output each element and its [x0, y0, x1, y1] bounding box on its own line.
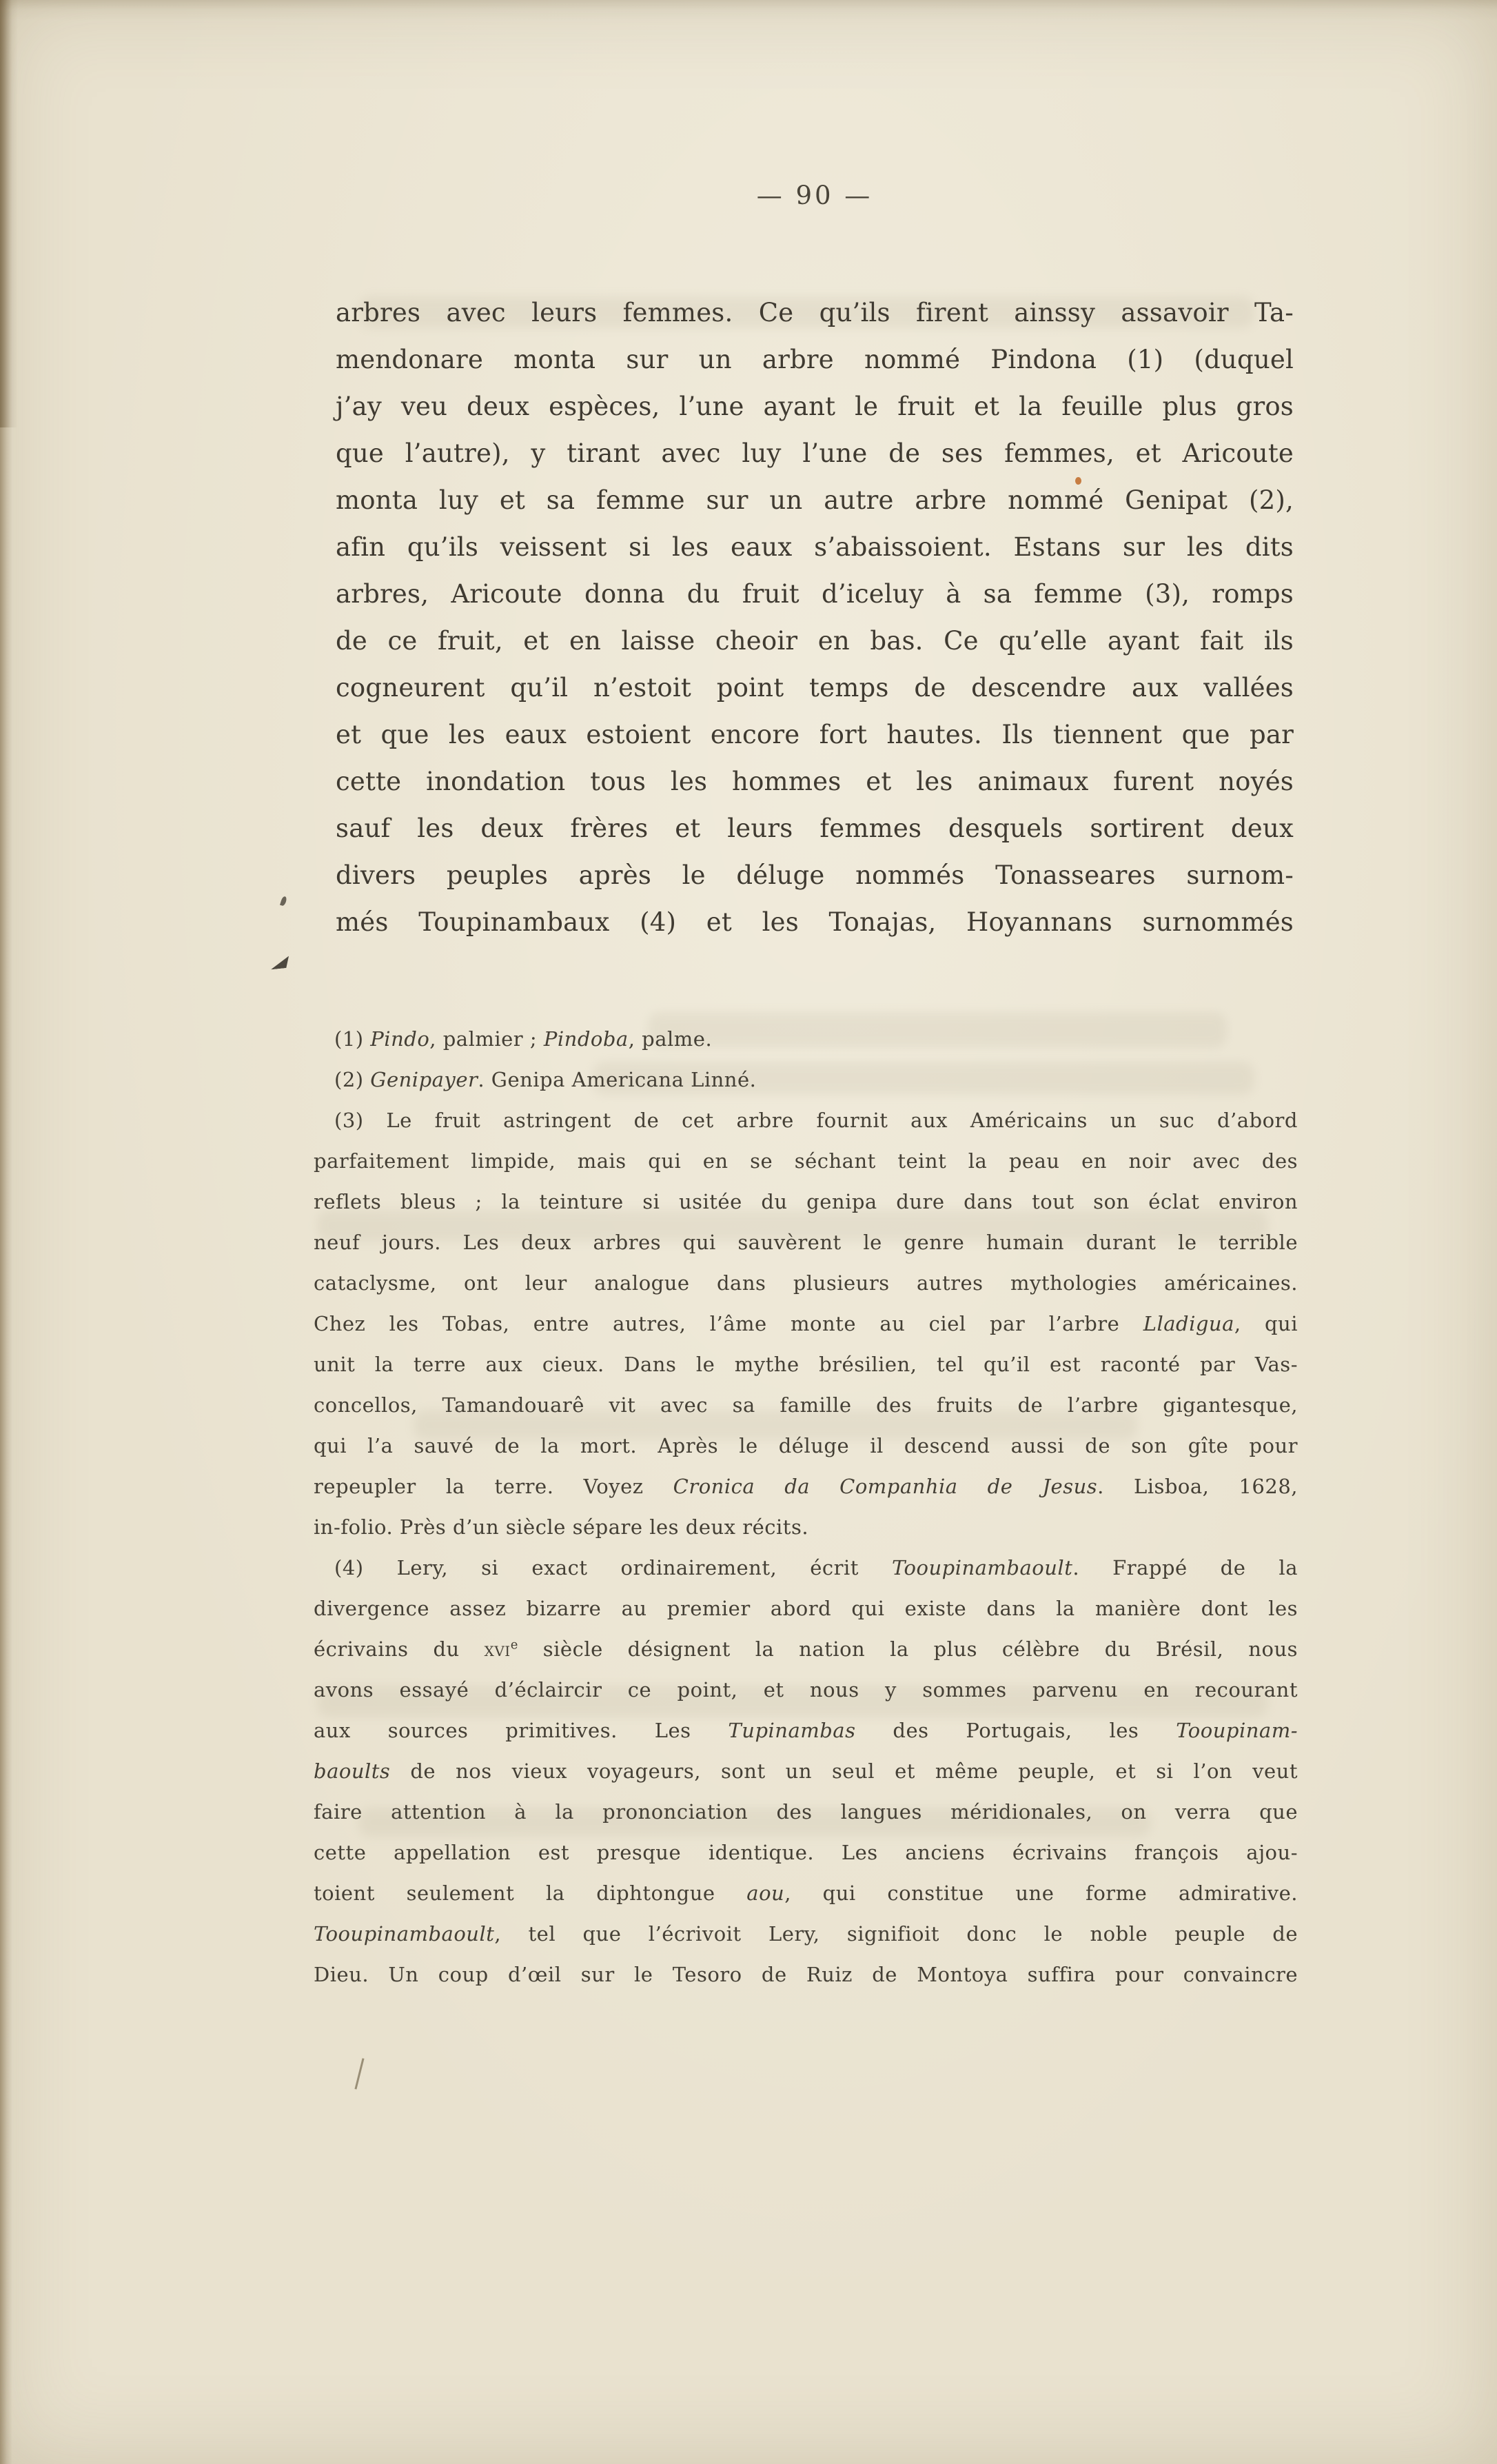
stray-ink-tick	[280, 896, 287, 906]
text-line: sauf les deux frères et leurs femmes des…	[336, 805, 1294, 852]
text-line: (3) Le fruit astringent de cet arbre fou…	[314, 1100, 1298, 1141]
text-line: in-folio. Près d’un siècle sépare les de…	[314, 1507, 1298, 1548]
footnote-3: (3) Le fruit astringent de cet arbre fou…	[314, 1100, 1298, 1548]
text-line: neuf jours. Les deux arbres qui sauvèren…	[314, 1222, 1298, 1263]
footnote-4: (4) Lery, si exact ordinairement, écrit …	[314, 1548, 1298, 1995]
text-line: cette appellation est presque identique.…	[314, 1832, 1298, 1873]
text-line: arbres, Aricoute donna du fruit d’iceluy…	[336, 571, 1294, 618]
text-line: cataclysme, ont leur analogue dans plusi…	[314, 1263, 1298, 1304]
text-line: aux sources primitives. Les Tupinambas d…	[314, 1710, 1298, 1751]
text-line: baoults de nos vieux voyageurs, sont un …	[314, 1751, 1298, 1792]
page-edge-shading-top	[0, 0, 18, 427]
main-paragraph: arbres avec leurs femmes. Ce qu’ils fire…	[336, 290, 1294, 946]
text-line: més Toupinambaux (4) et les Tonajas, Hoy…	[336, 899, 1294, 946]
text-line: divers peuples après le déluge nommés To…	[336, 852, 1294, 899]
text-line: avons essayé d’éclaircir ce point, et no…	[314, 1670, 1298, 1710]
text-line: parfaitement limpide, mais qui en se séc…	[314, 1141, 1298, 1182]
text-line: Chez les Tobas, entre autres, l’âme mont…	[314, 1304, 1298, 1344]
text-line: repeupler la terre. Voyez Cronica da Com…	[314, 1466, 1298, 1507]
text-line: monta luy et sa femme sur un autre arbre…	[336, 477, 1294, 524]
text-line: toient seulement la diphtongue aou, qui …	[314, 1873, 1298, 1914]
page-number: — 90 —	[336, 181, 1294, 210]
footnote-2: (2) Genipayer. Genipa Americana Linné.	[314, 1060, 1298, 1100]
text-line: unit la terre aux cieux. Dans le mythe b…	[314, 1344, 1298, 1385]
text-line: divergence assez bizarre au premier abor…	[314, 1588, 1298, 1629]
text-line: cogneurent qu’il n’estoit point temps de…	[336, 665, 1294, 711]
text-line: cette inondation tous les hommes et les …	[336, 758, 1294, 805]
text-line: faire attention à la prononciation des l…	[314, 1792, 1298, 1832]
text-line: (4) Lery, si exact ordinairement, écrit …	[314, 1548, 1298, 1588]
text-line: écrivains du xvie siècle désignent la na…	[314, 1629, 1298, 1670]
text-line: de ce fruit, et en laisse cheoir en bas.…	[336, 618, 1294, 665]
text-line: que l’autre), y tirant avec luy l’une de…	[336, 430, 1294, 477]
text-line: afin qu’ils veissent si les eaux s’abais…	[336, 524, 1294, 571]
text-line: (1) Pindo, palmier ; Pindoba, palme.	[314, 1019, 1298, 1060]
text-line: Tooupinambaoult, tel que l’écrivoit Lery…	[314, 1914, 1298, 1955]
text-line: reflets bleus ; la teinture si usitée du…	[314, 1182, 1298, 1222]
text-line: qui l’a sauvé de la mort. Après le délug…	[314, 1426, 1298, 1466]
footnote-1: (1) Pindo, palmier ; Pindoba, palme.	[314, 1019, 1298, 1060]
footnote-block: (1) Pindo, palmier ; Pindoba, palme. (2)…	[314, 1019, 1298, 1995]
text-line: (2) Genipayer. Genipa Americana Linné.	[314, 1060, 1298, 1100]
text-line: Dieu. Un coup d’œil sur le Tesoro de Rui…	[314, 1955, 1298, 1995]
book-page-scan: — 90 — arbres avec leurs femmes. Ce qu’i…	[0, 0, 1497, 2464]
text-line: j’ay veu deux espèces, l’une ayant le fr…	[336, 383, 1294, 430]
ink-blot-mark	[269, 956, 290, 970]
text-line: mendonare monta sur un arbre nommé Pindo…	[336, 336, 1294, 383]
text-line: concellos, Tamandouarê vit avec sa famil…	[314, 1385, 1298, 1426]
text-line: arbres avec leurs femmes. Ce qu’ils fire…	[336, 290, 1294, 336]
stray-hair-mark	[354, 2058, 364, 2089]
text-line: et que les eaux estoient encore fort hau…	[336, 711, 1294, 758]
